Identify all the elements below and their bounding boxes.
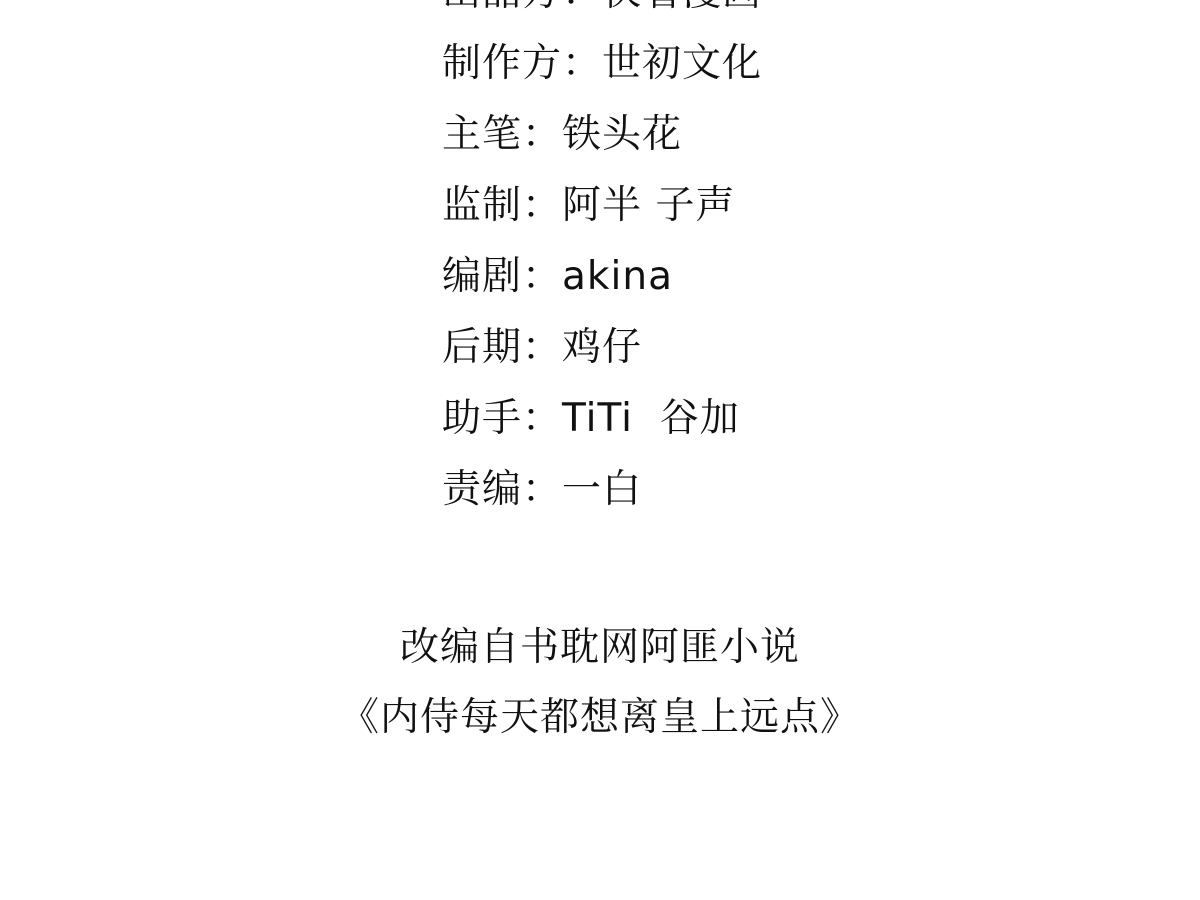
credit-separator: ： <box>522 396 562 441</box>
credit-production-studio: 制作方：世初文化 <box>442 28 762 99</box>
credit-role: 主笔 <box>442 112 522 157</box>
credit-role: 制作方 <box>442 41 562 86</box>
credit-value: 阿半 子声 <box>562 183 735 228</box>
credit-separator: ： <box>562 41 602 86</box>
novel-title: 《内侍每天都想离皇上远点》 <box>0 692 1200 744</box>
credit-value: 一白 <box>562 467 642 512</box>
credit-separator: ： <box>522 112 562 157</box>
credit-separator: ： <box>522 254 562 299</box>
credit-role: 监制 <box>442 183 522 228</box>
credit-value: akina <box>562 254 673 299</box>
credit-separator: ： <box>522 467 562 512</box>
credit-role: 助手 <box>442 396 522 441</box>
credit-value: 快看漫画 <box>602 0 762 15</box>
credit-role: 后期 <box>442 325 522 370</box>
credit-role: 编剧 <box>442 254 522 299</box>
credit-role: 责编 <box>442 467 522 512</box>
credits-list: 出品方：快看漫画 制作方：世初文化 主笔：铁头花 监制：阿半 子声 编剧：aki… <box>442 0 762 525</box>
credit-value: 世初文化 <box>602 41 762 86</box>
credit-producer: 出品方：快看漫画 <box>442 0 762 28</box>
credit-separator: ： <box>562 0 602 15</box>
credit-supervisor: 监制：阿半 子声 <box>442 170 762 241</box>
credit-separator: ： <box>522 183 562 228</box>
credit-editor: 责编：一白 <box>442 454 762 525</box>
credit-role: 出品方 <box>442 0 562 15</box>
credit-value: 铁头花 <box>562 112 682 157</box>
credit-lead-artist: 主笔：铁头花 <box>442 99 762 170</box>
credit-value: 鸡仔 <box>562 325 642 370</box>
adaptation-source: 改编自书耽网阿匪小说 <box>0 622 1200 674</box>
credit-assistant: 助手：TiTi 谷加 <box>442 383 762 454</box>
credit-post-production: 后期：鸡仔 <box>442 312 762 383</box>
credit-value: TiTi 谷加 <box>562 396 740 441</box>
credit-screenwriter: 编剧：akina <box>442 241 762 312</box>
credit-separator: ： <box>522 325 562 370</box>
